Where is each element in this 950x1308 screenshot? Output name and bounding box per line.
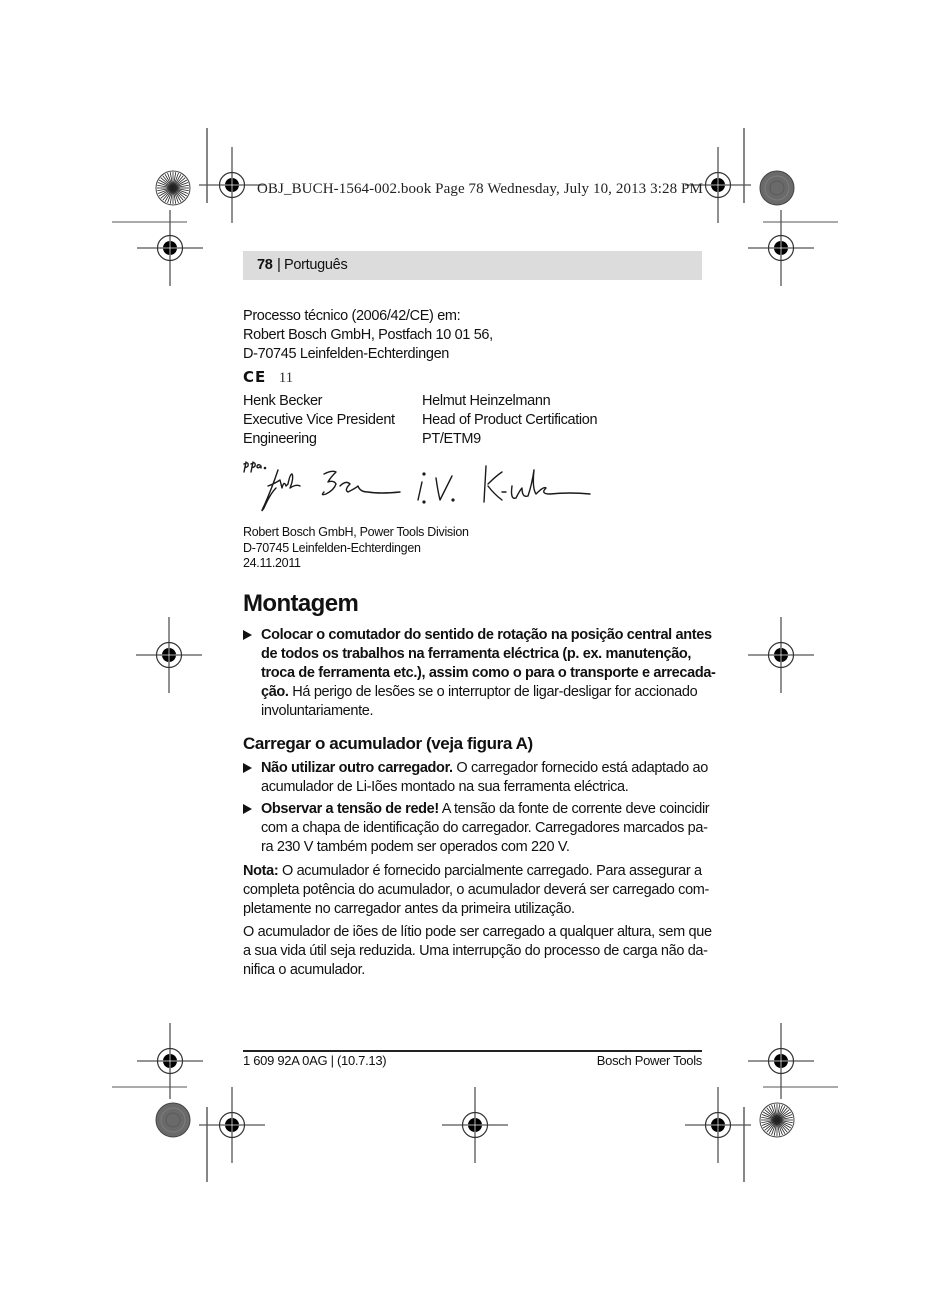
bullet-arrow-icon	[243, 763, 252, 773]
company-date: 24.11.2011	[243, 556, 469, 572]
signatures-image	[240, 458, 600, 520]
bold-text: troca de ferramenta etc.), assim como o …	[261, 665, 716, 681]
footer-rule	[243, 1050, 702, 1052]
body-line: O acumulador de iões de lítio pode ser c…	[243, 923, 712, 942]
note-paragraph: Nota: O acumulador é fornecido parcialme…	[243, 862, 709, 919]
header-separator: |	[277, 256, 281, 273]
bold-text: de todos os trabalhos na ferramenta eléc…	[261, 646, 691, 662]
body-text: ra 230 V também podem ser operados com 2…	[261, 839, 570, 855]
bullet-arrow-icon	[243, 804, 252, 814]
bold-text: Observar a tensão de rede!	[261, 801, 439, 817]
bold-text: Não utilizar outro carregador.	[261, 760, 453, 776]
technical-file-line: Robert Bosch GmbH, Postfach 10 01 56,	[243, 326, 493, 345]
signatory-name: Henk Becker	[243, 392, 395, 411]
technical-file-line: Processo técnico (2006/42/CE) em:	[243, 307, 493, 326]
signatory-name: Helmut Heinzelmann	[422, 392, 597, 411]
footer-doc-number: 1 609 92A 0AG | (10.7.13)	[243, 1053, 386, 1069]
body-text: com a chapa de identificação do carregad…	[261, 820, 708, 836]
running-header: 78 | Português	[243, 251, 702, 280]
body-text: completa potência do acumulador, o acumu…	[243, 882, 709, 898]
body-text: Há perigo de lesões se o interruptor de …	[289, 684, 698, 700]
body-text: pletamente no carregador antes da primei…	[243, 901, 575, 917]
technical-file-block: Processo técnico (2006/42/CE) em: Robert…	[243, 307, 493, 364]
signatory-dept: Engineering	[243, 430, 395, 449]
section-title-carregar: Carregar o acumulador (veja figura A)	[243, 734, 533, 754]
body-text: O carregador fornecido está adaptado ao	[453, 760, 708, 776]
ce-marking: CE 11	[243, 368, 293, 387]
footer-brand: Bosch Power Tools	[597, 1053, 702, 1069]
ce-year: 11	[279, 370, 293, 386]
signatory-dept: PT/ETM9	[422, 430, 597, 449]
bullet-text: Não utilizar outro carregador. O carrega…	[261, 759, 708, 797]
print-slug: OBJ_BUCH-1564-002.book Page 78 Wednesday…	[257, 181, 703, 198]
bullet-text: Colocar o comutador do sentido de rotaçã…	[261, 626, 716, 721]
technical-file-line: D-70745 Leinfelden-Echterdingen	[243, 345, 493, 364]
signatory-right: Helmut Heinzelmann Head of Product Certi…	[422, 392, 597, 449]
page-number: 78	[257, 257, 273, 273]
bullet-arrow-icon	[243, 630, 252, 640]
bold-text: Colocar o comutador do sentido de rotaçã…	[261, 627, 712, 643]
body-text: involuntariamente.	[261, 703, 373, 719]
ce-mark-icon: CE	[243, 368, 266, 386]
company-line: Robert Bosch GmbH, Power Tools Division	[243, 525, 469, 541]
body-line: a sua vida útil seja reduzida. Uma inter…	[243, 942, 712, 961]
company-block: Robert Bosch GmbH, Power Tools Division …	[243, 525, 469, 572]
body-paragraph: O acumulador de iões de lítio pode ser c…	[243, 923, 712, 980]
body-text: O acumulador é fornecido parcialmente ca…	[278, 863, 701, 879]
signatory-title: Head of Product Certification	[422, 411, 597, 430]
signatory-left: Henk Becker Executive Vice President Eng…	[243, 392, 395, 449]
body-text: acumulador de Li-Iões montado na sua fer…	[261, 779, 628, 795]
bullet-text: Observar a tensão de rede! A tensão da f…	[261, 800, 709, 857]
note-label: Nota:	[243, 863, 278, 879]
body-line: nifica o acumulador.	[243, 961, 712, 980]
section-title-montagem: Montagem	[243, 590, 358, 618]
header-language: Português	[284, 257, 347, 273]
signatory-title: Executive Vice President	[243, 411, 395, 430]
body-text: A tensão da fonte de corrente deve coinc…	[439, 801, 709, 817]
company-line: D-70745 Leinfelden-Echterdingen	[243, 541, 469, 557]
bold-text: ção.	[261, 684, 289, 700]
